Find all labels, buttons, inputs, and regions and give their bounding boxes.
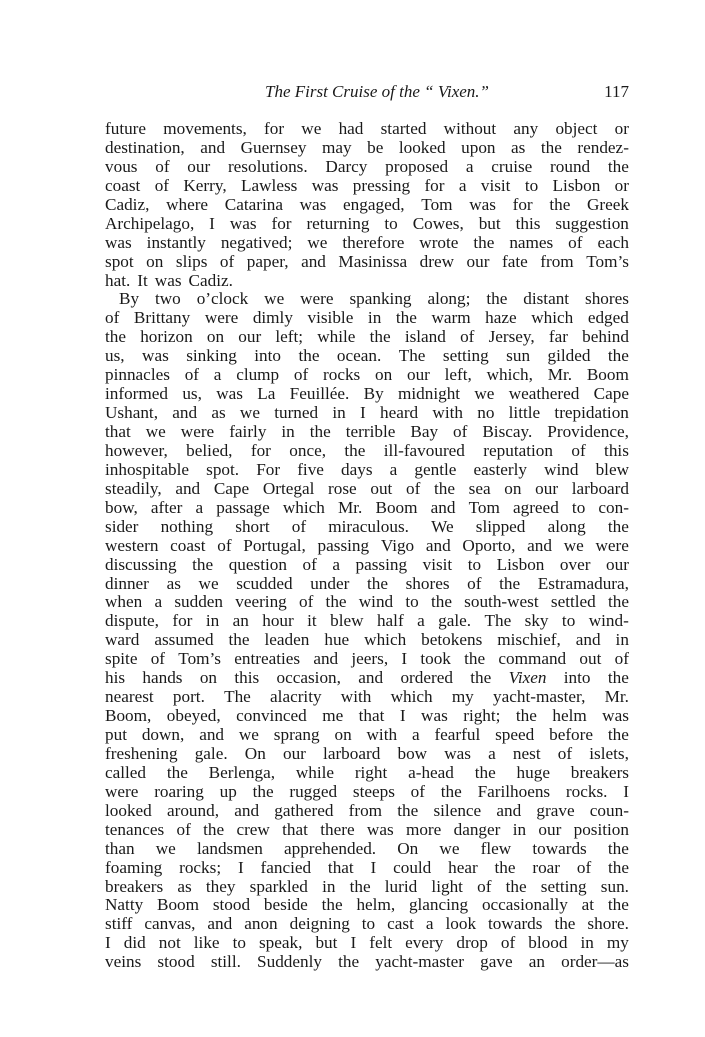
text-line: sidernothingshortofmiraculous.Weslippeda… — [105, 518, 629, 537]
text-line: stiffcanvas,andanondeigningtocastalookto… — [105, 915, 629, 934]
text-line: tenancesofthecrewthattherewasmoredangeri… — [105, 821, 629, 840]
text-line: nearestport.Thealacritywithwhichmyyacht-… — [105, 688, 629, 707]
body-text: futuremovements,forwehadstartedwithoutan… — [105, 120, 629, 972]
text-line: vousofourresolutions.Darcyproposedacruis… — [105, 158, 629, 177]
text-line: coastofKerry,Lawlesswaspressingforavisit… — [105, 177, 629, 196]
text-line: bow,afterapassagewhichMr.BoomandTomagree… — [105, 499, 629, 518]
text-line: futuremovements,forwehadstartedwithoutan… — [105, 120, 629, 139]
text-line: us,wassinkingintotheocean.Thesettingsung… — [105, 347, 629, 366]
text-line: informedus,wasLaFeuillée.Bymidnightwewea… — [105, 385, 629, 404]
text-line: wasinstantlynegatived;wethereforewroteth… — [105, 234, 629, 253]
text-line: dispute,forinanhouritblewhalfagale.Thesk… — [105, 612, 629, 631]
text-line: breakersastheysparkledintheluridlightoft… — [105, 878, 629, 897]
text-line: Archipelago,IwasforreturningtoCowes,butt… — [105, 215, 629, 234]
running-title: The First Cruise of the “ Vixen.” — [105, 82, 629, 102]
text-line: NattyBoomstoodbesidethehelm,glancingocca… — [105, 896, 629, 915]
text-line: Ushant,andasweturnedinIheardwithnolittle… — [105, 404, 629, 423]
text-line: Boom,obeyed,convincedmethatIwasright;the… — [105, 707, 629, 726]
book-page: The First Cruise of the “ Vixen.” 117 fu… — [105, 78, 629, 972]
text-line: hishandsonthisoccasion,andorderedtheVixe… — [105, 669, 629, 688]
running-head: The First Cruise of the “ Vixen.” 117 — [105, 78, 629, 108]
text-line: foamingrocks;IfanciedthatIcouldhearthero… — [105, 859, 629, 878]
text-line: westerncoastofPortugal,passingVigoandOpo… — [105, 537, 629, 556]
page-number: 117 — [604, 82, 629, 102]
text-line: however,belied,foronce,theill-favouredre… — [105, 442, 629, 461]
text-line: Cadiz,whereCatarinawasengaged,Tomwasfort… — [105, 196, 629, 215]
text-line: wardassumedtheleadenhuewhichbetokensmisc… — [105, 631, 629, 650]
text-line: thanwelandsmenapprehended.Onweflewtoward… — [105, 840, 629, 859]
text-line: lookedaround,andgatheredfromthesilencean… — [105, 802, 629, 821]
text-line: wereroaringuptheruggedsteepsoftheFarilho… — [105, 783, 629, 802]
text-line: ofBrittanyweredimlyvisibleinthewarmhazew… — [105, 309, 629, 328]
text-line: dinneraswescuddedundertheshoresoftheEstr… — [105, 575, 629, 594]
text-line: calledtheBerlenga,whilerighta-headthehug… — [105, 764, 629, 783]
text-line: veinsstoodstill.Suddenlytheyacht-masterg… — [105, 953, 629, 972]
text-line: putdown,andwesprangonwithafearfulspeedbe… — [105, 726, 629, 745]
text-line: whenasuddenveeringofthewindtothesouth-we… — [105, 593, 629, 612]
text-line: spotonslipsofpaper,andMasinissadrewourfa… — [105, 253, 629, 272]
text-line: discussingthequestionofapassingvisittoLi… — [105, 556, 629, 575]
text-line: thehorizononourleft;whiletheislandofJers… — [105, 328, 629, 347]
text-line: inhospitablespot.Forfivedaysagentleeaste… — [105, 461, 629, 480]
text-line: steadily,andCapeOrtegalroseoutoftheseaon… — [105, 480, 629, 499]
text-line: hat.ItwasCadiz. — [105, 272, 629, 291]
text-line: destination,andGuernseymaybelookeduponas… — [105, 139, 629, 158]
text-line: pinnaclesofaclumpofrocksonourleft,which,… — [105, 366, 629, 385]
text-line: Ididnotliketospeak,butIfelteverydropofbl… — [105, 934, 629, 953]
text-line: spiteofTom’sentreatiesandjeers,Itookthec… — [105, 650, 629, 669]
text-line: fresheninggale.Onourlarboardbowwasanesto… — [105, 745, 629, 764]
text-line: Bytwoo’clockwewerespankingalong;thedista… — [105, 290, 629, 309]
text-line: thatwewerefairlyintheterribleBayofBiscay… — [105, 423, 629, 442]
